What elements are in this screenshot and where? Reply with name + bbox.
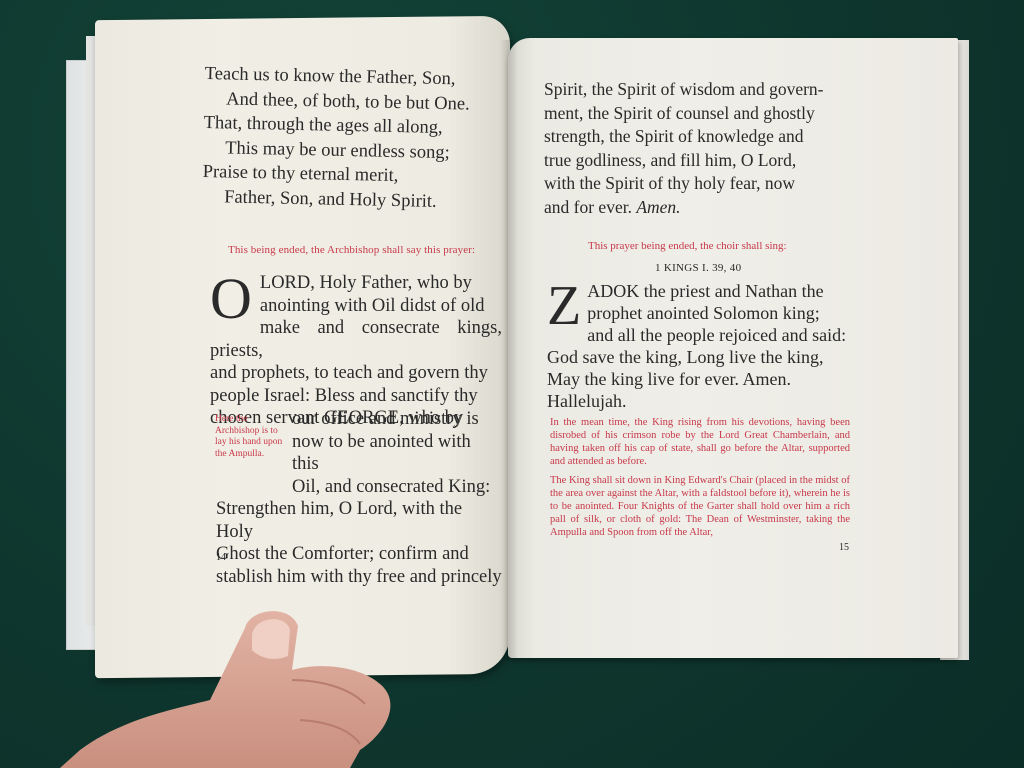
prayer-line: Ghost the Comforter; confirm and [216,543,502,566]
amen-italic: Amen. [636,197,680,217]
prayer-line: true godliness, and fill him, O Lord, [544,149,844,173]
prayer-line: make and consecrate kings, priests, [210,317,502,362]
anthem-zadok: Z ADOK the priest and Nathan the prophet… [547,280,849,412]
rubric-archbishop-prayer: This being ended, the Archbishop shall s… [228,244,475,256]
gutter-shadow [500,40,518,660]
prayer-final-text: and for ever. [544,197,632,217]
prayer-line: ment, the Spirit of counsel and ghostly [544,102,844,126]
prayer-line: Strengthen him, O Lord, with the Holy [216,498,502,543]
rubric-paragraph: The King shall sit down in King Edward's… [550,474,850,539]
drop-cap: O [210,276,252,322]
rubric-anointing: In the mean time, the King rising from h… [550,416,850,545]
prayer-line: strength, the Spirit of knowledge and [544,125,844,149]
prayer-line: Oil, and consecrated King: [216,476,502,499]
anthem-line: Hallelujah. [547,390,849,412]
rubric-paragraph: In the mean time, the King rising from h… [550,416,850,468]
prayer-line: people Israel: Bless and sanctify thy [210,385,502,408]
prayer-line: and prophets, to teach and govern thy [210,362,502,385]
prayer-line: with the Spirit of thy holy fear, now [544,172,844,196]
prayer-conclusion: Spirit, the Spirit of wisdom and govern-… [544,78,844,219]
anthem-line: God save the king, Long live the king, [547,346,849,368]
prayer-line: stablish him with thy free and princely [216,566,502,589]
page-number-right: 15 [839,542,849,553]
anthem-line: ADOK the priest and Nathan the [547,280,849,302]
prayer-line: our office and ministry is [216,408,502,431]
anthem-line: and all the people rejoiced and said: [547,324,849,346]
prayer-line: Spirit, the Spirit of wisdom and govern- [544,78,844,102]
prayer-line: anointing with Oil didst of old [210,295,502,318]
anthem-line: May the king live for ever. Amen. [547,368,849,390]
page-number-left: 14 [216,552,226,563]
hymn-verse: Teach us to know the Father, Son, And th… [202,62,471,215]
rubric-choir: This prayer being ended, the choir shall… [588,240,787,252]
prayer-text-continued: our office and ministry is now to be ano… [216,408,502,588]
scripture-reference: 1 KINGS I. 39, 40 [655,262,741,274]
hand-holding-page [60,600,420,768]
prayer-line: now to be anointed with this [216,431,502,476]
drop-cap: Z [547,284,581,328]
prayer-line: LORD, Holy Father, who by [210,272,502,295]
prayer-text: O LORD, Holy Father, who by anointing wi… [210,272,502,430]
anthem-line: prophet anointed Solomon king; [547,302,849,324]
prayer-line: and for ever. Amen. [544,196,844,220]
